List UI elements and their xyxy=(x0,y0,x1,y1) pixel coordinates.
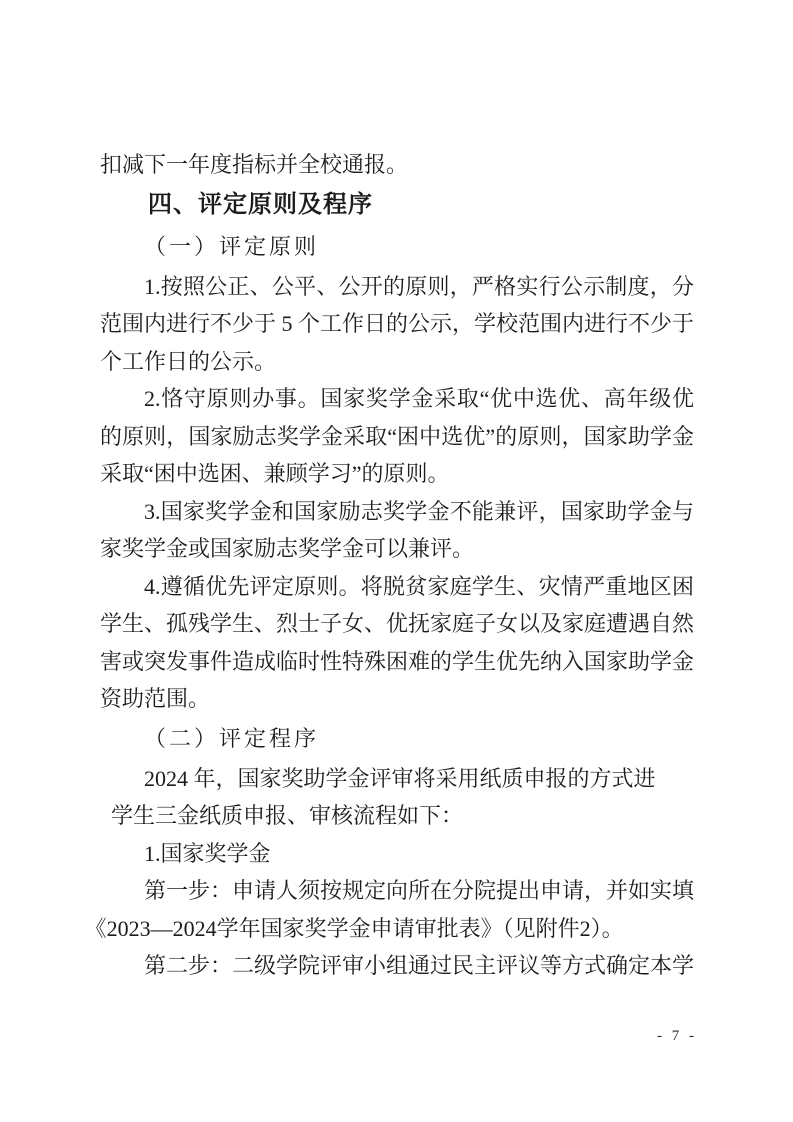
doc-line: 4.遵循优先评定原则。将脱贫家庭学生、灾情严重地区困难 xyxy=(100,568,694,606)
doc-line: 的原则，国家励志奖学金采取“困中选优”的原则，国家助学金 xyxy=(100,418,694,456)
doc-line: 学生三金纸质申报、审核流程如下： xyxy=(100,797,694,835)
doc-line: 个工作日的公示。 xyxy=(100,343,694,381)
page: 扣减下一年度指标并全校通报。四、评定原则及程序（一）评定原则1.按照公正、公平、… xyxy=(0,0,793,1122)
doc-line: （一）评定原则 xyxy=(100,226,694,268)
doc-line: 四、评定原则及程序 xyxy=(100,184,694,226)
doc-line: 1.国家奖学金 xyxy=(100,835,694,873)
doc-line: 家奖学金或国家励志奖学金可以兼评。 xyxy=(100,530,694,568)
doc-line: 第二步：二级学院评审小组通过民主评议等方式确定本学院 xyxy=(100,947,694,985)
document-body: 扣减下一年度指标并全校通报。四、评定原则及程序（一）评定原则1.按照公正、公平、… xyxy=(100,146,694,985)
doc-line: 第一步：申请人须按规定向所在分院提出申请，并如实填写 xyxy=(100,872,694,910)
doc-line: 1.按照公正、公平、公开的原则，严格实行公示制度，分院 xyxy=(100,268,694,306)
doc-line: 2.恪守原则办事。国家奖学金采取“优中选优、高年级优先” xyxy=(100,380,694,418)
doc-line: 害或突发事件造成临时性特殊困难的学生优先纳入国家助学金 xyxy=(100,643,694,681)
doc-line: 学生、孤残学生、烈士子女、优抚家庭子女以及家庭遭遇自然灾 xyxy=(100,605,694,643)
doc-line: （二）评定程序 xyxy=(100,718,694,760)
doc-line: 扣减下一年度指标并全校通报。 xyxy=(100,146,694,184)
page-number: - 7 - xyxy=(657,1028,697,1045)
doc-line: 资助范围。 xyxy=(100,680,694,718)
doc-line: 《2023—2024学年国家奖学金申请审批表》（见附件2）。 xyxy=(85,910,694,948)
doc-line: 3.国家奖学金和国家励志奖学金不能兼评，国家助学金与国 xyxy=(100,493,694,531)
doc-line: 范围内进行不少于 5 个工作日的公示，学校范围内进行不少于 5 xyxy=(100,305,694,343)
doc-line: 2024 年，国家奖助学金评审将采用纸质申报的方式进行。 xyxy=(100,760,694,798)
doc-line: 采取“困中选困、兼顾学习”的原则。 xyxy=(100,455,694,493)
